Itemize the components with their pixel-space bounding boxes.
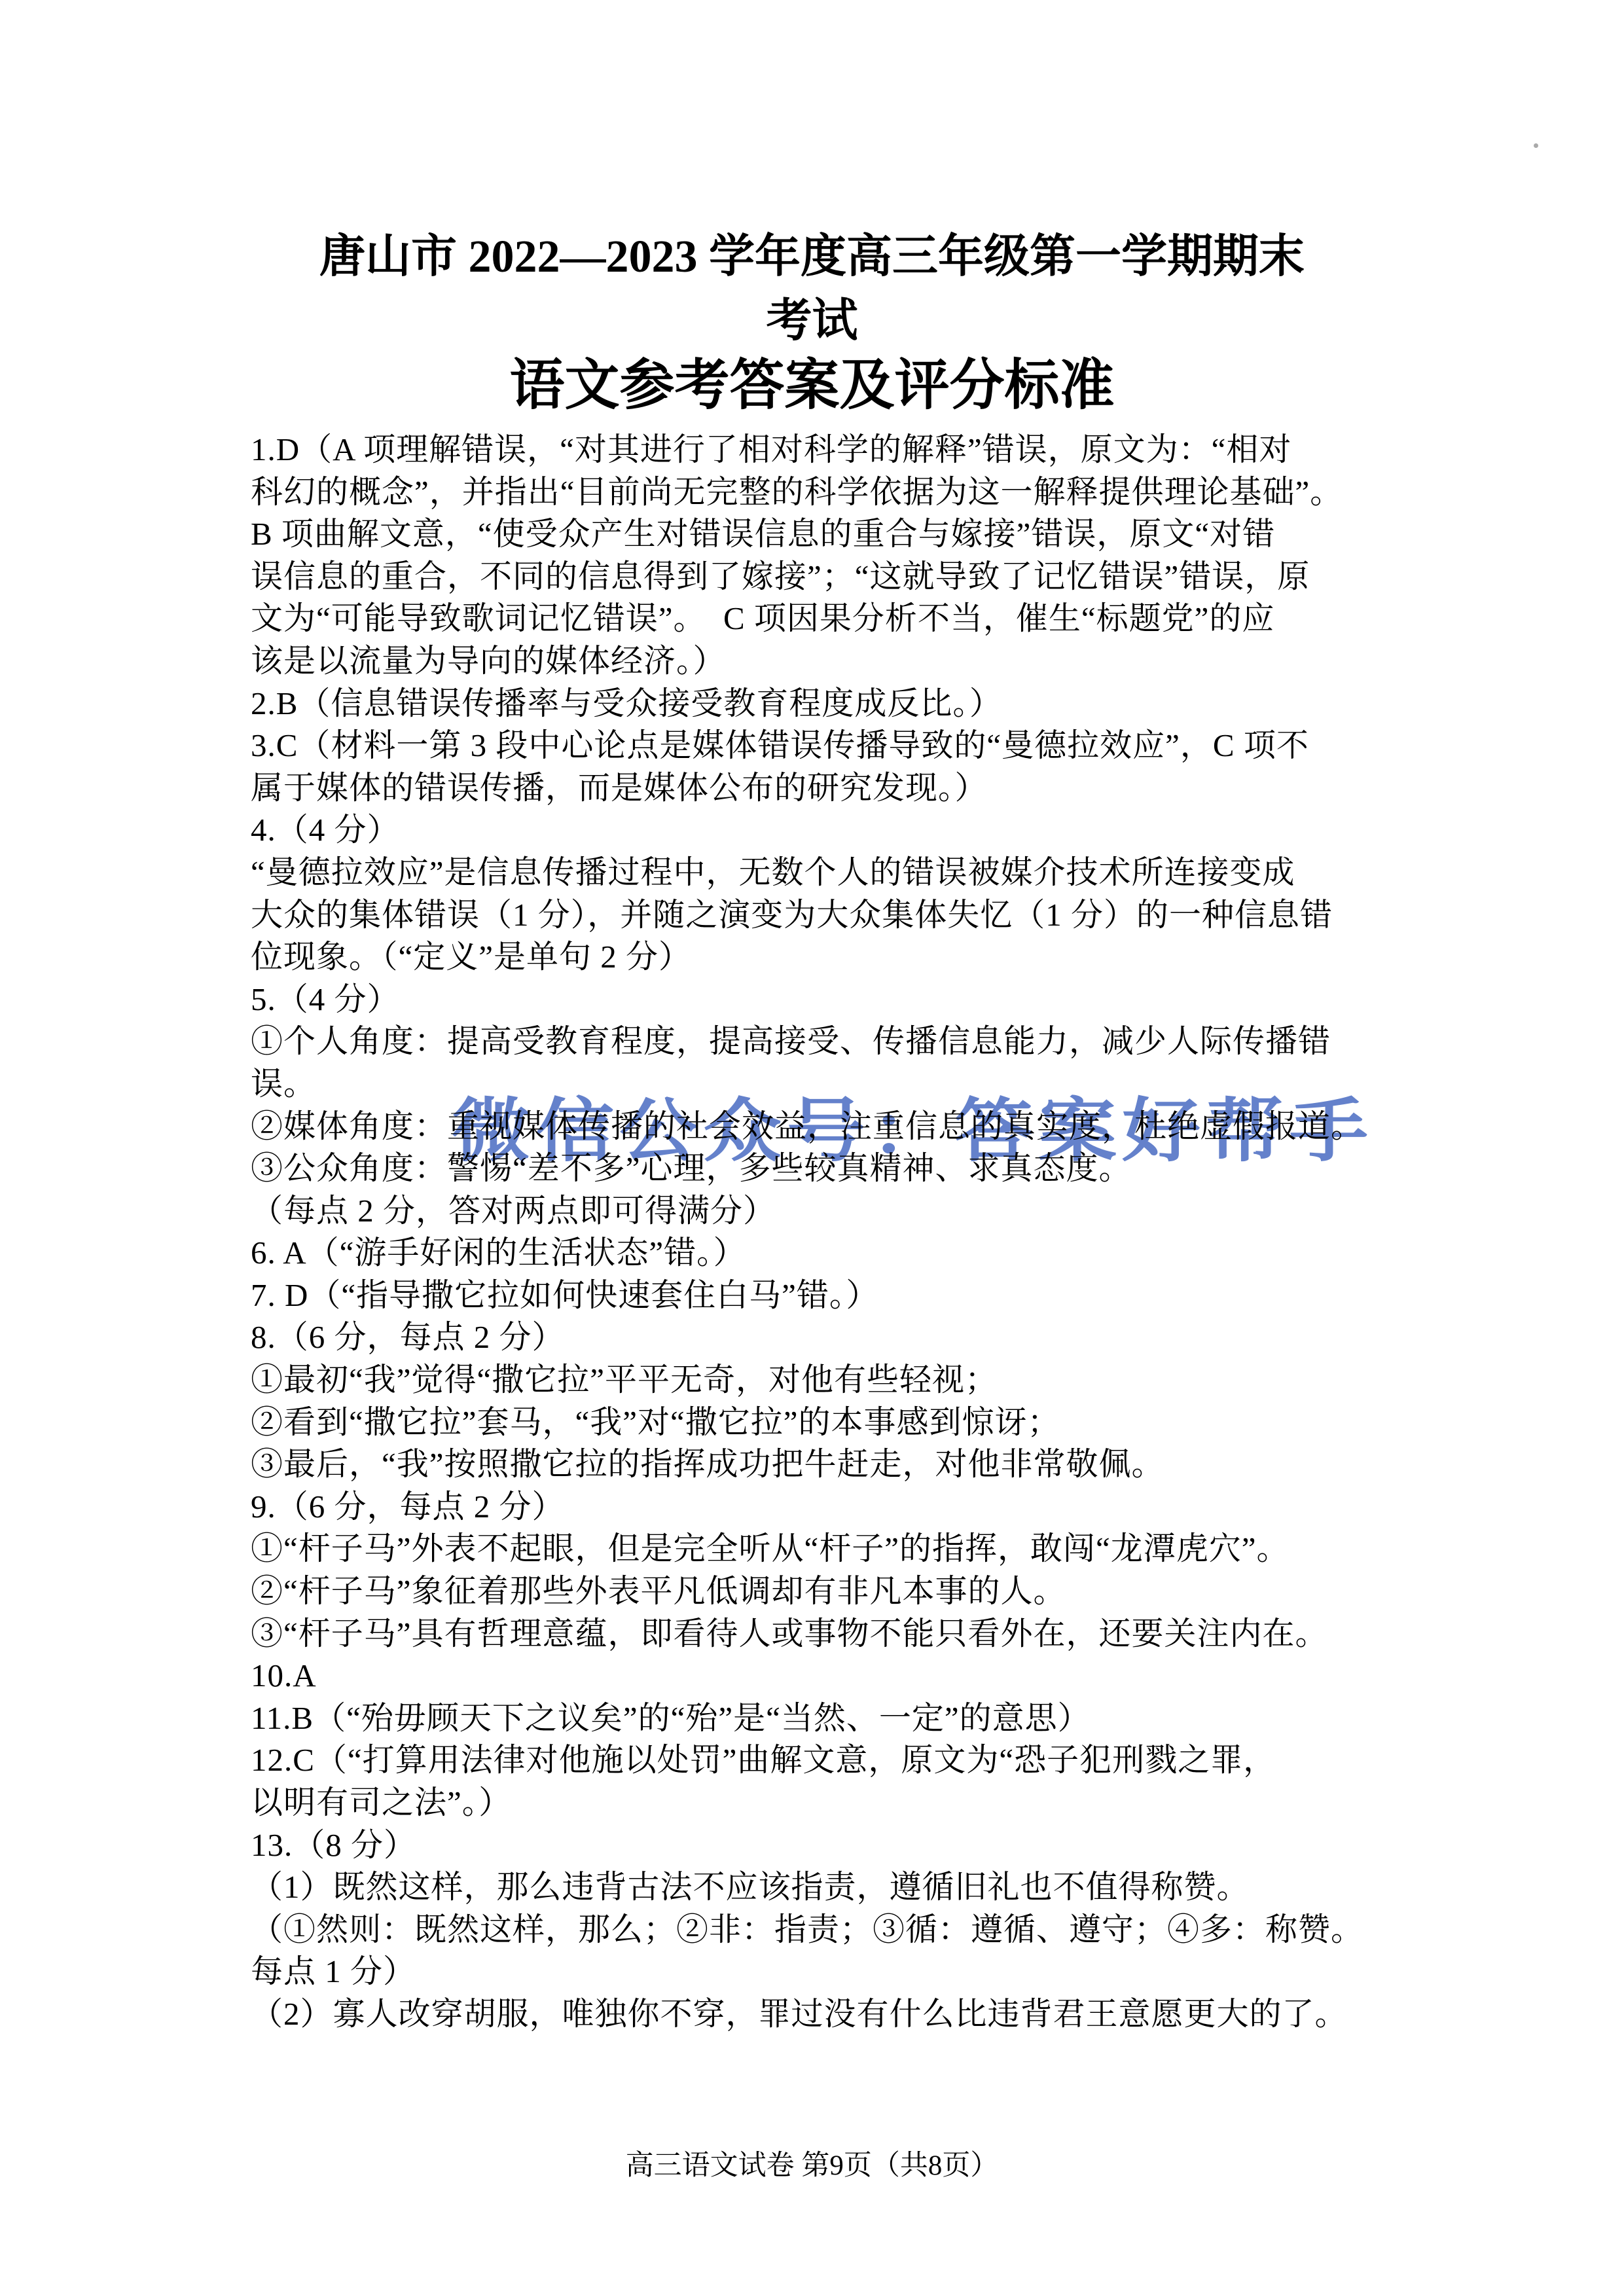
answer-text-line: 5.（4 分） [251,979,1386,1021]
answer-text-line: 文为“可能导致歌词记忆错误”。 C 项因果分析不当，催生“标题党”的应 [251,598,1386,640]
answer-text-line: 属于媒体的错误传播，而是媒体公布的研究发现。） [251,767,1386,810]
answer-text-line: 大众的集体错误（1 分），并随之演变为大众集体失忆（1 分）的一种信息错 [251,894,1386,937]
answer-text-line: 7. D（“指导撒它拉如何快速套住白马”错。） [251,1274,1386,1317]
answer-text-line: 1.D（A 项理解错误，“对其进行了相对科学的解释”错误，原文为：“相对 [251,429,1386,471]
answer-text-line: ①“杆子马”外表不起眼，但是完全听从“杆子”的指挥，敢闯“龙潭虎穴”。 [251,1528,1386,1570]
answer-key-heading: 语文参考答案及评分标准 [0,359,1624,414]
answer-text-line: 6. A（“游手好闲的生活状态”错。） [251,1232,1386,1274]
answer-text-line: “曼德拉效应”是信息传播过程中，无数个人的错误被媒介技术所连接变成 [251,852,1386,894]
answer-body: 1.D（A 项理解错误，“对其进行了相对科学的解释”错误，原文为：“相对科幻的概… [251,429,1386,2036]
answer-text-line: 13.（8 分） [251,1824,1386,1867]
exam-answer-sheet-page: 唐山市 2022—2023 学年度高三年级第一学期期末 考试 语文参考答案及评分… [0,0,1624,2295]
answer-text-line: 3.C（材料一第 3 段中心论点是媒体错误传播导致的“曼德拉效应”，C 项不 [251,725,1386,767]
answer-text-line: ①最初“我”觉得“撒它拉”平平无奇，对他有些轻视； [251,1359,1386,1401]
answer-text-line: 2.B（信息错误传播率与受众接受教育程度成反比。） [251,683,1386,725]
answer-text-line: （2）寡人改穿胡服，唯独你不穿，罪过没有什么比违背君王意愿更大的了。 [251,1993,1386,2036]
answer-text-line: 8.（6 分，每点 2 分） [251,1316,1386,1359]
answer-text-line: ③最后，“我”按照撒它拉的指挥成功把牛赶走，对他非常敬佩。 [251,1443,1386,1486]
answer-text-line: 每点 1 分） [251,1951,1386,1993]
answer-text-line: ①个人角度：提高受教育程度，提高接受、传播信息能力，减少人际传播错 [251,1021,1386,1063]
answer-text-line: 10.A [251,1655,1386,1697]
answer-text-line: 误信息的重合，不同的信息得到了嫁接”；“这就导致了记忆错误”错误，原 [251,556,1386,598]
answer-text-line: （①然则：既然这样，那么；②非：指责；③循：遵循、遵守；④多：称赞。 [251,1909,1386,1951]
answer-text-line: 科幻的概念”，并指出“目前尚无完整的科学依据为这一解释提供理论基础”。 [251,471,1386,514]
answer-text-line: 11.B（“殆毋顾天下之议矣”的“殆”是“当然、一定”的意思） [251,1697,1386,1740]
answer-text-line: 9.（6 分，每点 2 分） [251,1486,1386,1528]
scan-artifact-dot [1534,143,1538,148]
answer-text-line: 位现象。（“定义”是单句 2 分） [251,936,1386,979]
answer-text-line: 12.C（“打算用法律对他施以处罚”曲解文意，原文为“恐子犯刑戮之罪， [251,1739,1386,1782]
wechat-watermark: 微信公众号：答案好帮手 [452,1097,1373,1166]
answer-text-line: （每点 2 分，答对两点即可得满分） [251,1190,1386,1233]
exam-title-line2: 考试 [0,298,1624,344]
answer-text-line: ②“杆子马”象征着那些外表平凡低调却有非凡本事的人。 [251,1570,1386,1613]
exam-title-line1: 唐山市 2022—2023 学年度高三年级第一学期期末 [0,234,1624,280]
answer-text-line: （1）既然这样，那么违背古法不应该指责，遵循旧礼也不值得称赞。 [251,1866,1386,1909]
answer-text-line: B 项曲解文意，“使受众产生对错误信息的重合与嫁接”错误，原文“对错 [251,513,1386,556]
page-footer: 高三语文试卷 第9页（共8页） [0,2149,1624,2183]
answer-text-line: ②看到“撒它拉”套马，“我”对“撒它拉”的本事感到惊讶； [251,1401,1386,1444]
answer-text-line: 该是以流量为导向的媒体经济。） [251,640,1386,683]
answer-text-line: ③“杆子马”具有哲理意蕴，即看待人或事物不能只看外在，还要关注内在。 [251,1613,1386,1655]
answer-text-line: 以明有司之法”。） [251,1782,1386,1824]
answer-text-line: 4.（4 分） [251,809,1386,852]
